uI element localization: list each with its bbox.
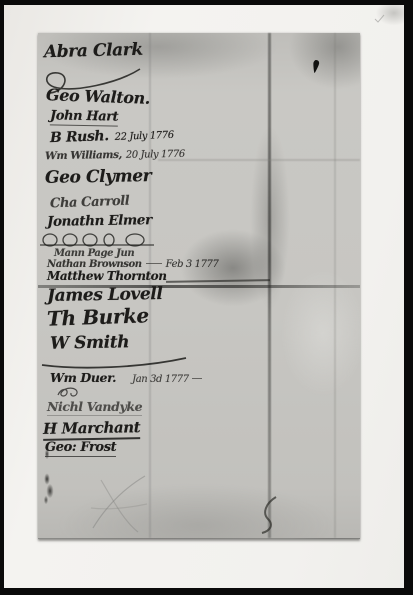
signature-name: H Marchant <box>43 418 141 441</box>
pen-dash <box>146 263 162 265</box>
ink-crease-mark <box>256 495 282 535</box>
signature-wm-williams: Wm Williams,20 July 1776 <box>45 148 185 162</box>
signature-abra-clark: Abra Clark <box>44 40 143 63</box>
signature-name: Mann Page Jun <box>54 248 134 259</box>
signature-wm-duer: Wm Duer.Jan 3d 1777 <box>50 370 202 385</box>
signature-name: Abra Clark <box>44 40 143 63</box>
photo-area: Abra Clark Geo Walton. John Hart B Rush.… <box>4 5 404 588</box>
signature-date: 20 July 1776 <box>126 149 185 161</box>
signature-name: Geo Clymer <box>45 166 152 188</box>
signature-name: Matthew Thornton <box>47 269 167 283</box>
signature-mann-page: Mann Page Jun <box>54 248 134 259</box>
signature-name: Nichl Vandyke <box>47 399 142 416</box>
pencil-scribble <box>83 468 153 538</box>
pen-dash <box>192 378 202 379</box>
manuscript-page: Abra Clark Geo Walton. John Hart B Rush.… <box>38 33 360 539</box>
signature-name: Jonathn Elmer <box>47 212 152 230</box>
signature-matthew-thornton: Matthew Thornton <box>47 269 167 283</box>
signature-john-hart: John Hart <box>50 108 118 124</box>
signature-name: Wm Williams, <box>45 149 122 162</box>
signature-th-burke: Th Burke <box>47 303 150 331</box>
pen-rule-line <box>166 279 270 283</box>
ink-blot <box>312 60 320 74</box>
signature-b-rush: B Rush.22 July 1776 <box>50 126 174 146</box>
signature-geo-clymer: Geo Clymer <box>45 166 152 188</box>
ink-smudge <box>43 446 51 462</box>
signature-name: Th Burke <box>47 303 150 331</box>
ink-smudge <box>41 471 55 505</box>
signature-name: Cha Carroll <box>50 194 130 212</box>
signature-date: Jan 3d 1777 <box>132 374 189 385</box>
signature-date: Feb 3 1777 <box>166 259 219 270</box>
signature-geo-walton: Geo Walton. <box>46 85 151 108</box>
pen-loop-flourish <box>56 387 84 399</box>
horizontal-fold-crease <box>158 159 360 161</box>
signature-name: Wm Duer. <box>50 370 116 385</box>
check-mark <box>374 14 386 24</box>
signature-name: Geo Walton. <box>46 85 151 108</box>
signature-date: 22 July 1776 <box>115 130 174 143</box>
signature-name: John Hart <box>50 108 119 126</box>
signature-nichl-vandyke: Nichl Vandyke <box>47 399 142 414</box>
film-frame: Abra Clark Geo Walton. John Hart B Rush.… <box>0 0 413 595</box>
signature-geo-frost: Geo: Frost <box>45 440 116 455</box>
signature-w-smith: W Smith <box>50 332 129 353</box>
signature-cha-carroll: Cha Carroll <box>50 194 130 212</box>
signature-jonathan-elmer: Jonathn Elmer <box>47 212 152 230</box>
signature-h-marchant: H Marchant <box>43 418 141 438</box>
signature-name: W Smith <box>50 332 129 353</box>
signature-name: B Rush. <box>50 128 109 146</box>
signature-name: Geo: Frost <box>45 440 116 457</box>
pen-swoosh-underline <box>40 355 190 369</box>
